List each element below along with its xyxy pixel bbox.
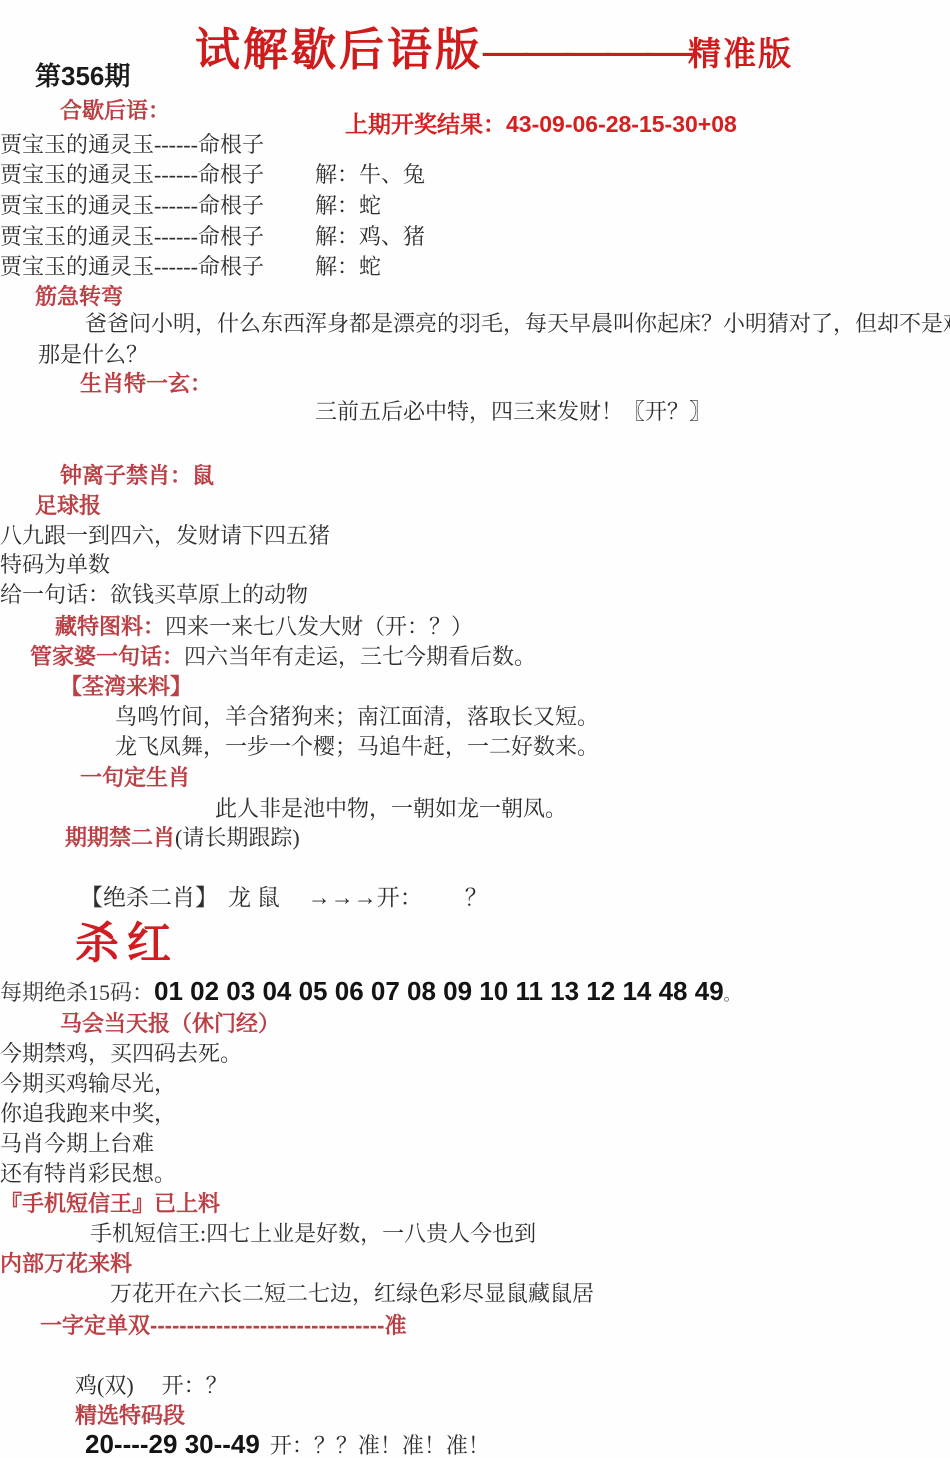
- lottery-tip-sheet: 试解歇后语版—————精准版 第356期 合歇后语： 上期开奖结果：43-09-…: [0, 0, 950, 1458]
- kill-15-line: 每期绝杀15码：01 02 03 04 05 06 07 08 09 10 11…: [0, 975, 740, 1008]
- kill-15-numbers: 01 02 03 04 05 06 07 08 09 10 11 13 12 1…: [154, 976, 724, 1006]
- riddle-row: 贾宝玉的通灵玉------命根子解：牛、兔: [0, 161, 425, 189]
- football-line3: 给一句话：欲钱买草原上的动物: [0, 581, 308, 609]
- football-line1: 八九跟一到四六，发财请下四五猪: [0, 522, 330, 550]
- cangte-line: 藏特图料：四来一来七八发大财（开：？）: [55, 613, 473, 641]
- last-draw-result: 上期开奖结果：43-09-06-28-15-30+08: [345, 110, 737, 139]
- cangte-label: 藏特图料：: [55, 614, 165, 639]
- last-draw-numbers: 43-09-06-28-15-30+08: [506, 111, 737, 137]
- last-draw-label: 上期开奖结果：: [345, 111, 506, 137]
- quanwan-heading: 【荃湾来料】: [60, 673, 192, 701]
- football-heading: 足球报: [35, 492, 101, 520]
- riddle-row: 贾宝玉的通灵玉------命根子解：鸡、猪: [0, 223, 425, 251]
- tema-duan-numbers: 20----29 30--49: [85, 1429, 260, 1458]
- brain-teaser-heading: 筋急转弯: [35, 283, 123, 311]
- ji-open: 开：？: [162, 1373, 228, 1398]
- page-title: 试解歇后语版—————精准版: [195, 22, 793, 78]
- mahui-line: 还有特肖彩民想。: [0, 1160, 176, 1188]
- ji-animal: 鸡(双): [75, 1373, 134, 1398]
- arrows-icon: →→→: [308, 885, 377, 910]
- tema-duan-line: 20----29 30--49开：？？准！准！准！: [85, 1428, 490, 1458]
- title-suffix: 精准版: [688, 37, 793, 73]
- mahui-line: 马肖今期上台难: [0, 1130, 154, 1158]
- qiqi-jin-line: 期期禁二肖(请长期跟踪): [65, 824, 300, 852]
- title-main: 试解歇后语版: [195, 25, 483, 75]
- juesha-open-label: 开：: [377, 885, 423, 910]
- sms-content: 手机短信王:四七上业是好数，一八贵人今也到: [90, 1220, 536, 1248]
- shahong-title: 杀红: [75, 916, 179, 971]
- mahui-line: 你追我跑来中奖，: [0, 1100, 176, 1128]
- mahui-heading: 马会当天报（休门经）: [60, 1010, 280, 1038]
- riddle-row: 贾宝玉的通灵玉------命根子解：蛇: [0, 253, 381, 281]
- danshuang-line: 一字定单双--------------------------------准: [40, 1312, 406, 1340]
- guanjiapo-line: 管家婆一句话：四六当年有走运，三七今期看后数。: [30, 643, 536, 671]
- guanjiapo-label: 管家婆一句话：: [30, 644, 184, 669]
- juesha-result: ？: [465, 885, 488, 910]
- brain-teaser-question-line1: 爸爸问小明，什么东西浑身都是漂亮的羽毛，每天早晨叫你起床？小明猜对了，但却不是鸡…: [85, 310, 950, 338]
- quanwan-line2: 龙飞凤舞，一步一个樱；马追牛赶，一二好数来。: [115, 733, 599, 761]
- sms-heading: 『手机短信王』已上料: [0, 1190, 220, 1218]
- wanhua-content: 万花开在六长二短二七边，红绿色彩尽显鼠藏鼠居: [110, 1280, 594, 1308]
- football-line2: 特码为单数: [0, 551, 110, 579]
- ji-line: 鸡(双)开：？: [75, 1372, 228, 1400]
- juesha-bracket: 【绝杀二肖】: [80, 885, 218, 910]
- shengxiao-te-content: 三前五后必中特，四三来发财！〖开？〗: [315, 398, 711, 426]
- issue-number: 第356期: [35, 60, 130, 93]
- riddle-row: 贾宝玉的通灵玉------命根子解：蛇: [0, 192, 381, 220]
- yiju-content: 此人非是池中物，一朝如龙一朝凤。: [215, 795, 567, 823]
- yiju-heading: 一句定生肖: [80, 764, 190, 792]
- kill-15-label: 每期绝杀15码：: [0, 980, 154, 1005]
- juesha-animals: 龙 鼠: [228, 885, 280, 910]
- mahui-line: 今期买鸡输尽光，: [0, 1070, 176, 1098]
- brain-teaser-question-line2: 那是什么？: [38, 341, 148, 369]
- riddle-row: 贾宝玉的通灵玉------命根子: [0, 131, 315, 159]
- qiqi-jin-heading: 期期禁二肖: [65, 825, 175, 850]
- mahui-line: 今期禁鸡，买四码去死。: [0, 1040, 242, 1068]
- juesha-line: 【绝杀二肖】龙 鼠→→→开：？: [80, 884, 488, 913]
- tema-duan-heading: 精选特码段: [75, 1402, 185, 1430]
- zhongli-ban-zodiac: 钟离子禁肖：鼠: [60, 462, 214, 490]
- hexie-heading: 合歇后语：: [60, 97, 170, 125]
- title-dashes: —————: [483, 25, 688, 75]
- wanhua-heading: 内部万花来料: [0, 1250, 132, 1278]
- tema-duan-rest: 开：？？准！准！准！: [270, 1433, 490, 1458]
- quanwan-line1: 鸟鸣竹间，羊合猪狗来；南江面清，落取长又短。: [115, 703, 599, 731]
- shengxiao-te-heading: 生肖特一玄：: [80, 370, 212, 398]
